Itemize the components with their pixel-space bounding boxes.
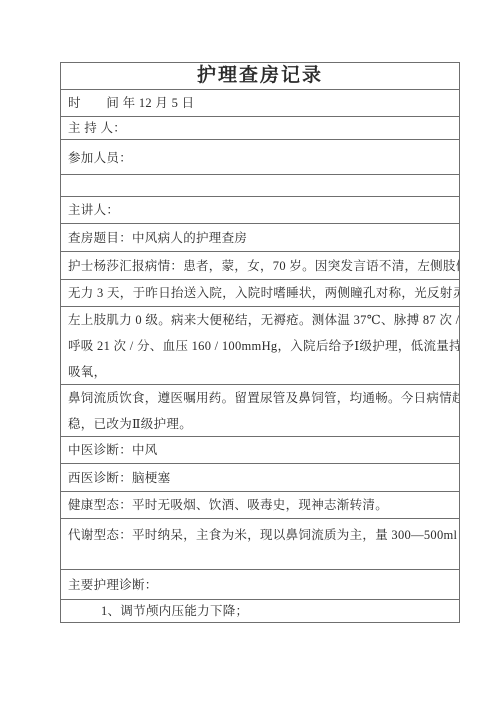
row-participants: 参加人员： (61, 139, 459, 174)
vitals-line-3: 吸氧， (68, 359, 455, 385)
row-report-2: 无力 3 天，于昨日抬送入院，入院时嗜睡状，两侧瞳孔对称，光反射灵敏， (61, 279, 459, 306)
row-report-vitals: 左上肢肌力 0 级。病来大便秘结，无褥疮。测体温 37℃、脉搏 87 次 / 分… (61, 306, 459, 384)
ward-round-record-table: 护理查房记录 时 间 年 12 月 5 日 主 持 人： 参加人员： 主讲人： … (60, 62, 460, 623)
document-title-text: 护理查房记录 (197, 63, 323, 89)
nursing-line-2: 稳，已改为Ⅱ级护理。 (68, 411, 455, 437)
row-western-diagnosis: 西医诊断：脑梗塞 (61, 463, 459, 491)
row-tcm-diagnosis: 中医诊断：中风 (61, 436, 459, 463)
report-1-text: 护士杨莎汇报病情：患者，蒙，女，70 岁。因突发言语不清，左侧肢体 (68, 253, 455, 279)
diagnosis-item-1-text: 1、调节颅内压能力下降； (101, 599, 455, 622)
speaker-text: 主讲人： (68, 197, 455, 223)
western-diagnosis-text: 西医诊断：脑梗塞 (68, 465, 455, 491)
row-spacer (61, 174, 459, 196)
tcm-diagnosis-text: 中医诊断：中风 (68, 437, 455, 463)
row-metabolic-pattern: 代谢型态：平时纳呆，主食为米，现以鼻饲流质为主，量 300—500ml / 日。 (61, 518, 459, 569)
document-title: 护理查房记录 (61, 63, 459, 89)
main-diagnoses-head-text: 主要护理诊断： (68, 572, 455, 598)
time-text: 时 间 年 12 月 5 日 (68, 90, 455, 116)
scanned-document-page: { "page": { "background": "#ffffff", "bo… (0, 0, 500, 708)
topic-text: 查房题目：中风病人的护理查房 (68, 225, 455, 251)
row-speaker: 主讲人： (61, 196, 459, 223)
row-host: 主 持 人： (61, 116, 459, 139)
participants-text: 参加人员： (68, 145, 455, 171)
row-main-diagnoses-head: 主要护理诊断： (61, 569, 459, 599)
report-2-text: 无力 3 天，于昨日抬送入院，入院时嗜睡状，两侧瞳孔对称，光反射灵敏， (68, 280, 455, 306)
metabolic-pattern-text: 代谢型态：平时纳呆，主食为米，现以鼻饲流质为主，量 300—500ml / 日。 (68, 522, 455, 548)
row-diagnosis-item-1: 1、调节颅内压能力下降； (61, 599, 459, 622)
vitals-line-1: 左上肢肌力 0 级。病来大便秘结，无褥疮。测体温 37℃、脉搏 87 次 / 分… (68, 307, 455, 333)
host-text: 主 持 人： (68, 116, 455, 139)
row-report-nursing: 鼻饲流质饮食，遵医嘱用药。留置尿管及鼻饲管，均通畅。今日病情趋于平 稳，已改为Ⅱ… (61, 384, 459, 436)
row-report-1: 护士杨莎汇报病情：患者，蒙，女，70 岁。因突发言语不清，左侧肢体 (61, 251, 459, 279)
row-health-pattern: 健康型态：平时无吸烟、饮酒、吸毒史，现神志渐转清。 (61, 491, 459, 518)
row-time: 时 间 年 12 月 5 日 (61, 89, 459, 116)
health-pattern-text: 健康型态：平时无吸烟、饮酒、吸毒史，现神志渐转清。 (68, 492, 455, 518)
row-topic: 查房题目：中风病人的护理查房 (61, 223, 459, 251)
vitals-line-2: 呼吸 21 次 / 分、血压 160 / 100mmHg，入院后给予Ⅰ级护理，低… (68, 333, 455, 359)
nursing-line-1: 鼻饲流质饮食，遵医嘱用药。留置尿管及鼻饲管，均通畅。今日病情趋于平 (68, 385, 455, 411)
